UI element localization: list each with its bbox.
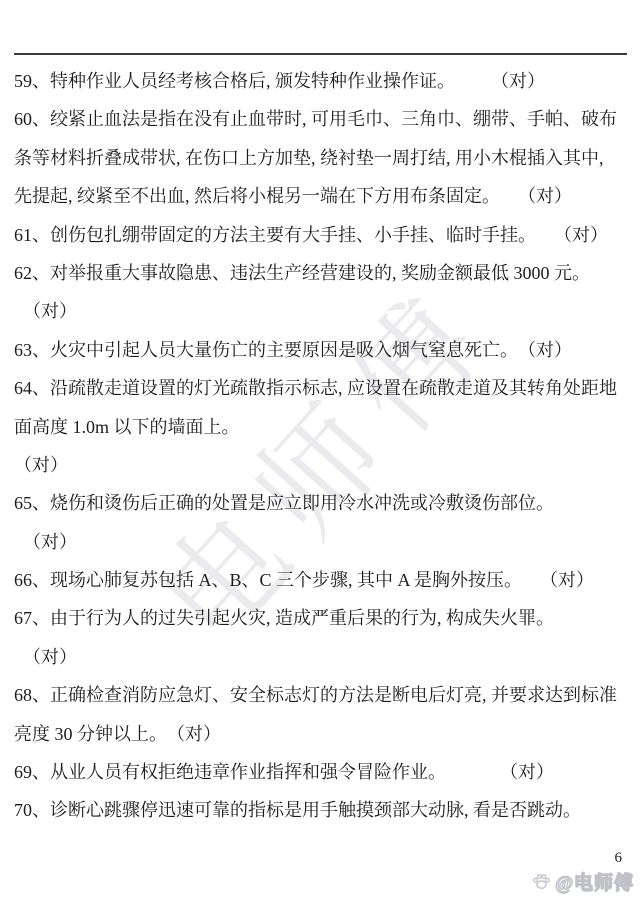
question-line-68-2: 亮度 30 分钟以上。 （对） <box>14 715 627 753</box>
question-line-62-1: 62、对举报重大事故隐患、违法生产经营建设的, 奖励金额最低 3000 元。 <box>14 254 627 292</box>
question-line-66: 66、现场心肺复苏包括 A、B、C 三个步骤, 其中 A 是胸外按压。 （对） <box>14 561 627 599</box>
question-line-63: 63、火灾中引起人员大量伤亡的主要原因是吸入烟气窒息死亡。 （对） <box>14 331 627 369</box>
footer-watermark-text: @电师傅 <box>555 868 634 895</box>
question-line-65: 65、烧伤和烫伤后正确的处置是应立即用冷水冲洗或冷敷烫伤部位。 <box>14 484 627 522</box>
answer-line-64: （对） <box>14 446 627 484</box>
paw-icon <box>531 871 552 892</box>
page-number: 6 <box>615 850 623 867</box>
question-line-59: 59、特种作业人员经考核合格后, 颁发特种作业操作证。 （对） <box>14 62 627 100</box>
question-line-68-1: 68、正确检查消防应急灯、安全标志灯的方法是断电后灯亮, 并要求达到标准 <box>14 676 627 714</box>
question-line-67: 67、由于行为人的过失引起火灾, 造成严重后果的行为, 构成失火罪。 <box>14 599 627 637</box>
question-line-64-1: 64、沿疏散走道设置的灯光疏散指示标志, 应设置在疏散走道及其转角处距地 <box>14 369 627 407</box>
question-line-60-3: 先提起, 绞紧至不出血, 然后将小棍另一端在下方用布条固定。 （对） <box>14 177 627 215</box>
footer-watermark: @电师傅 <box>531 868 634 895</box>
top-divider-line <box>14 53 627 55</box>
answer-line-67: （对） <box>14 638 627 676</box>
answer-line-65: （对） <box>14 523 627 561</box>
answer-line-62: （对） <box>14 292 627 330</box>
question-line-69: 69、从业人员有权拒绝违章作业指挥和强令冒险作业。 （对） <box>14 753 627 791</box>
question-list: 59、特种作业人员经考核合格后, 颁发特种作业操作证。 （对） 60、绞紧止血法… <box>14 62 627 830</box>
question-line-64-2: 面高度 1.0m 以下的墙面上。 <box>14 408 627 446</box>
question-line-61: 61、创伤包扎绷带固定的方法主要有大手挂、小手挂、临时手挂。 （对） <box>14 216 627 254</box>
question-line-60-1: 60、绞紧止血法是指在没有止血带时, 可用毛巾、三角巾、绷带、手帕、破布 <box>14 100 627 138</box>
document-page: 电师傅 59、特种作业人员经考核合格后, 颁发特种作业操作证。 （对） 60、绞… <box>0 0 640 909</box>
question-line-60-2: 条等材料折叠成带状, 在伤口上方加垫, 绕衬垫一周打结, 用小木棍插入其中, <box>14 139 627 177</box>
question-line-70: 70、诊断心跳骤停迅速可靠的指标是用手触摸颈部大动脉, 看是否跳动。 <box>14 791 627 829</box>
